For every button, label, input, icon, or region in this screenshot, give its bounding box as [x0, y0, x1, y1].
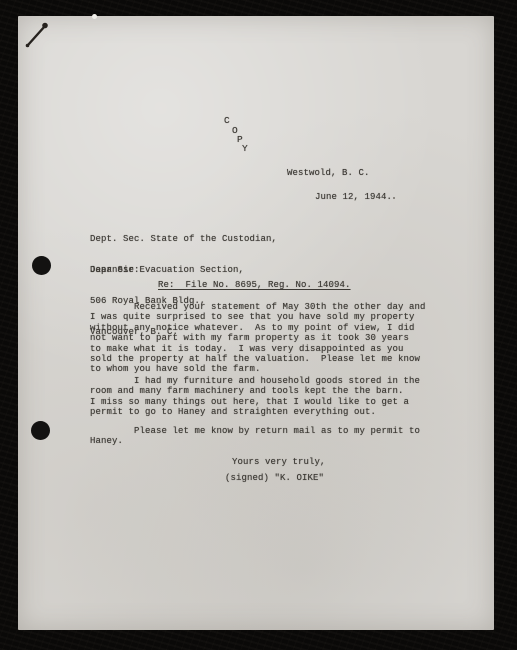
letter-page: C O P Y Westwold, B. C. June 12, 1944. D…	[18, 16, 494, 630]
signature-line: (signed) "K. OIKE"	[225, 473, 324, 483]
date-line: June 12, 1944.	[315, 192, 392, 202]
dust-speck-top-edge	[92, 14, 97, 19]
scan-backdrop: C O P Y Westwold, B. C. June 12, 1944. D…	[0, 0, 517, 650]
recipient-line: Dept. Sec. State of the Custodian,	[90, 234, 277, 244]
place-line: Westwold, B. C.	[287, 168, 370, 178]
pen-checkmark	[20, 17, 60, 57]
body-paragraph-1: Received your statement of May 30th the …	[90, 302, 426, 375]
subject-line: Re: File No. 8695, Reg. No. 14094.	[158, 280, 351, 290]
dust-speck-near-date	[393, 197, 395, 199]
hole-punch-bottom	[31, 421, 50, 440]
copy-stamp-letter: Y	[242, 143, 248, 154]
hole-punch-top	[32, 256, 51, 275]
body-paragraph-3: Please let me know by return mail as to …	[90, 426, 420, 447]
closing-line: Yours very truly,	[232, 457, 326, 467]
salutation: Dear Sir:	[90, 265, 140, 275]
body-paragraph-2: I had my furniture and household goods s…	[90, 376, 420, 418]
copy-stamp-letter: C	[224, 115, 230, 126]
